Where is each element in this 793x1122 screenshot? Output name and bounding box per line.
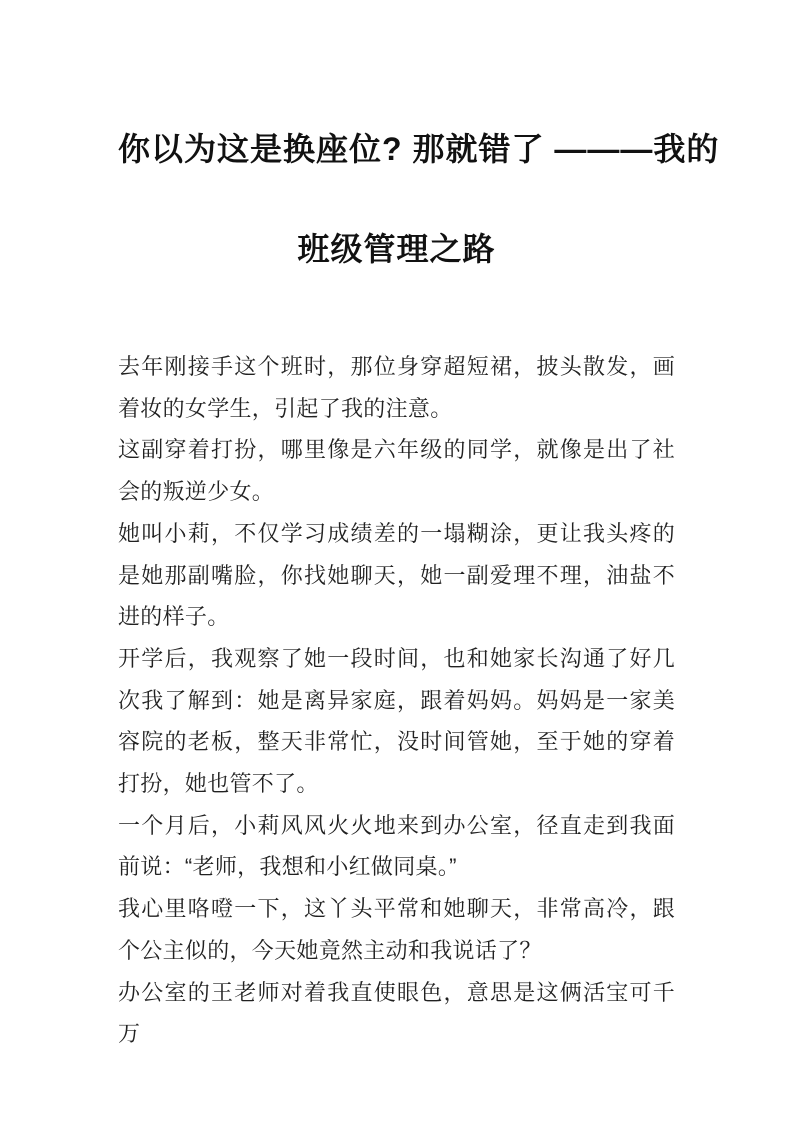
body-paragraph-2: 这副穿着打扮，哪里像是六年级的同学，就像是出了社会的叛逆少女。 xyxy=(118,429,675,512)
body-paragraph-4: 开学后，我观察了她一段时间，也和她家长沟通了好几次我了解到：她是离异家庭，跟着妈… xyxy=(118,638,675,805)
document-body: 去年刚接手这个班时，那位身穿超短裙，披头散发，画着妆的女学生，引起了我的注意。 … xyxy=(118,346,675,1055)
body-paragraph-5: 一个月后，小莉风风火火地来到办公室，径直走到我面前说：“老师，我想和小红做同桌。… xyxy=(118,805,675,888)
title-line-2: 班级管理之路 xyxy=(118,199,675,299)
body-paragraph-6: 我心里咯噔一下，这丫头平常和她聊天，非常高冷，跟个公主似的，今天她竟然主动和我说… xyxy=(118,888,675,971)
body-paragraph-3: 她叫小莉，不仅学习成绩差的一塌糊涂，更让我头疼的是她那副嘴脸，你找她聊天，她一副… xyxy=(118,513,675,638)
body-paragraph-1: 去年刚接手这个班时，那位身穿超短裙，披头散发，画着妆的女学生，引起了我的注意。 xyxy=(118,346,675,429)
document-page: 你以为这是换座位? 那就错了 ———我的 班级管理之路 去年刚接手这个班时，那位… xyxy=(0,0,793,1122)
document-title: 你以为这是换座位? 那就错了 ———我的 班级管理之路 xyxy=(118,99,675,299)
body-paragraph-7: 办公室的王老师对着我直使眼色，意思是这俩活宝可千万 xyxy=(118,972,675,1055)
title-line-1: 你以为这是换座位? 那就错了 ———我的 xyxy=(118,99,675,199)
